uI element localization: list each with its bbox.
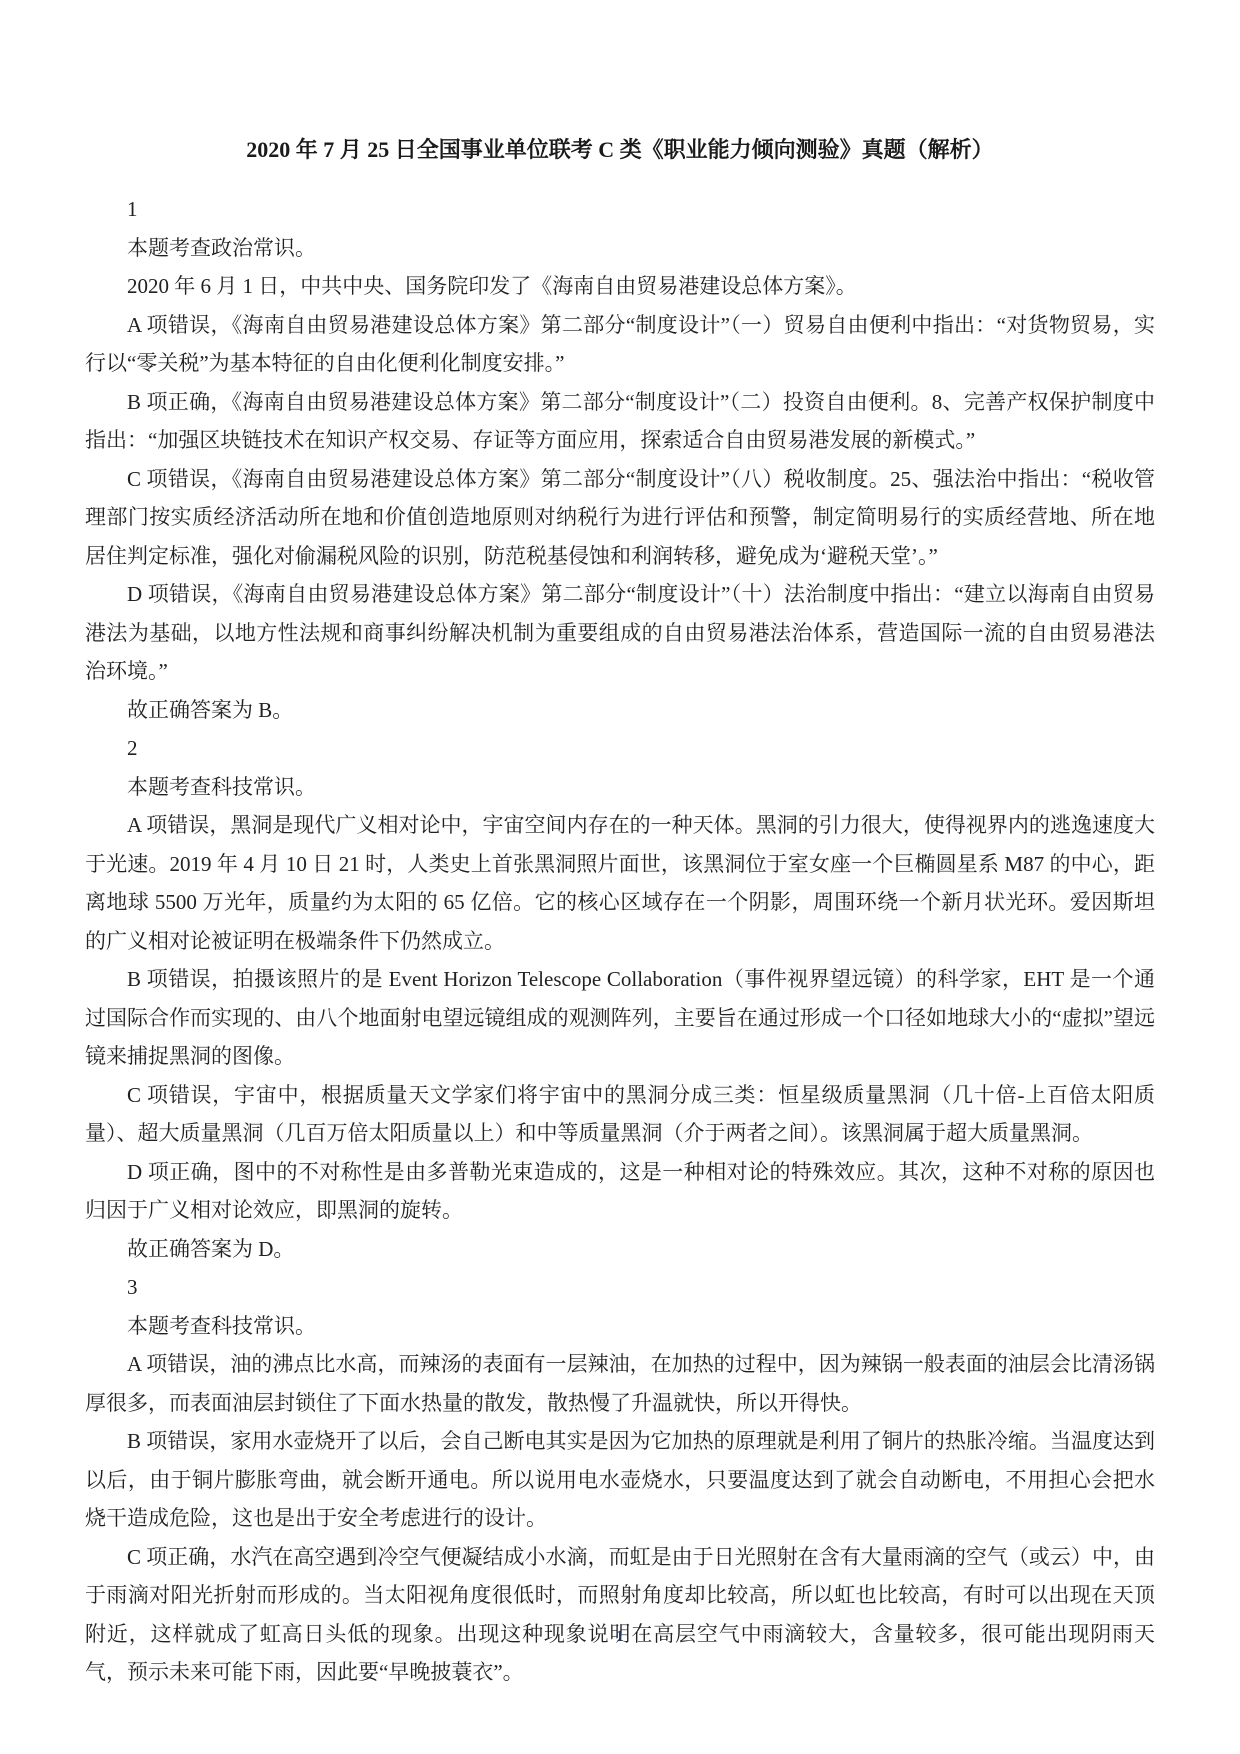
paragraph: A 项错误，油的沸点比水高，而辣汤的表面有一层辣油，在加热的过程中，因为辣锅一般…: [85, 1345, 1155, 1422]
paragraph: C 项错误，宇宙中，根据质量天文学家们将宇宙中的黑洞分成三类：恒星级质量黑洞（几…: [85, 1076, 1155, 1153]
paragraph: B 项错误，家用水壶烧开了以后，会自己断电其实是因为它加热的原理就是利用了铜片的…: [85, 1422, 1155, 1538]
paragraph: A 项错误，黑洞是现代广义相对论中，宇宙空间内存在的一种天体。黑洞的引力很大，使…: [85, 806, 1155, 960]
paragraph: C 项正确，水汽在高空遇到冷空气便凝结成小水滴，而虹是由于日光照射在含有大量雨滴…: [85, 1538, 1155, 1692]
paragraph: B 项错误，拍摄该照片的是 Event Horizon Telescope Co…: [85, 960, 1155, 1076]
paragraph: B 项正确，《海南自由贸易港建设总体方案》第二部分“制度设计”（二）投资自由便利…: [85, 383, 1155, 460]
answer-line: 故正确答案为 B。: [85, 691, 1155, 730]
question-number: 3: [85, 1268, 1155, 1307]
paragraph: C 项错误，《海南自由贸易港建设总体方案》第二部分“制度设计”（八）税收制度。2…: [85, 460, 1155, 576]
answer-line: 故正确答案为 D。: [85, 1230, 1155, 1269]
question-number: 2: [85, 729, 1155, 768]
paragraph: D 项正确，图中的不对称性是由多普勒光束造成的，这是一种相对论的特殊效应。其次，…: [85, 1153, 1155, 1230]
paragraph: 本题考查科技常识。: [85, 1307, 1155, 1346]
paragraph: A 项错误，《海南自由贸易港建设总体方案》第二部分“制度设计”（一）贸易自由便利…: [85, 306, 1155, 383]
document-title: 2020 年 7 月 25 日全国事业单位联考 C 类《职业能力倾向测验》真题（…: [85, 136, 1155, 164]
document-page: 2020 年 7 月 25 日全国事业单位联考 C 类《职业能力倾向测验》真题（…: [0, 0, 1240, 1754]
paragraph: D 项错误，《海南自由贸易港建设总体方案》第二部分“制度设计”（十）法治制度中指…: [85, 575, 1155, 691]
question-number: 1: [85, 190, 1155, 229]
paragraph: 本题考查科技常识。: [85, 768, 1155, 807]
page-number: 1: [0, 1628, 1240, 1646]
document-body: 1 本题考查政治常识。 2020 年 6 月 1 日，中共中央、国务院印发了《海…: [85, 190, 1155, 1692]
paragraph: 2020 年 6 月 1 日，中共中央、国务院印发了《海南自由贸易港建设总体方案…: [85, 267, 1155, 306]
paragraph: 本题考查政治常识。: [85, 229, 1155, 268]
